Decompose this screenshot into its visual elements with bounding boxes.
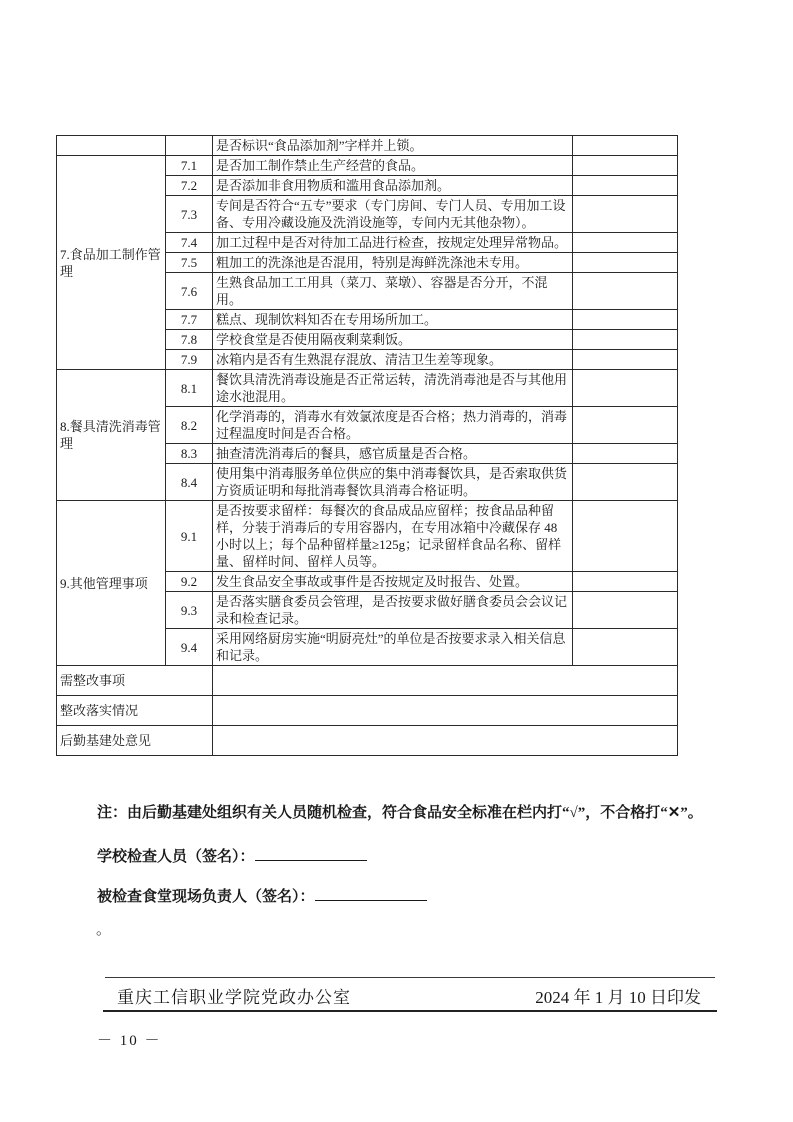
summary-row: 后勤基建处意见 bbox=[57, 726, 678, 756]
result-cell bbox=[573, 273, 678, 310]
result-cell bbox=[573, 464, 678, 501]
item-content-cell: 发生食品安全事故或事件是否按规定及时报告、处置。 bbox=[213, 572, 573, 592]
inspector-signature-label: 学校检查人员（签名）： bbox=[97, 849, 255, 865]
page-number: － 10 － bbox=[97, 1029, 162, 1050]
item-content-cell: 粗加工的洗涤池是否混用，特别是海鲜洗涤池未专用。 bbox=[213, 253, 573, 273]
result-cell bbox=[573, 370, 678, 407]
item-number-cell: 9.2 bbox=[166, 572, 213, 592]
canteen-manager-signature-line: 被检查食堂现场负责人（签名）： bbox=[97, 885, 427, 906]
signature-blank-line bbox=[315, 887, 427, 901]
inspection-checklist-table: 是否标识“食品添加剂”字样并上锁。 7.食品加工制作管理 7.1 是否加工制作禁… bbox=[56, 135, 678, 756]
result-cell bbox=[573, 310, 678, 330]
summary-label-cell: 需整改事项 bbox=[57, 666, 213, 696]
item-content-cell: 糕点、现制饮料知否在专用场所加工。 bbox=[213, 310, 573, 330]
result-cell bbox=[573, 196, 678, 233]
result-cell bbox=[573, 444, 678, 464]
result-cell bbox=[573, 136, 678, 156]
item-content-cell: 是否落实膳食委员会管理，是否按要求做好膳食委员会会议记录和检查记录。 bbox=[213, 592, 573, 629]
item-number-cell: 9.3 bbox=[166, 592, 213, 629]
item-row: 8.餐具清洗消毒管理 8.1 餐饮具清洗消毒设施是否正常运转，清洗消毒池是否与其… bbox=[57, 370, 678, 407]
category-cell-empty bbox=[57, 136, 166, 156]
item-content-cell: 是否标识“食品添加剂”字样并上锁。 bbox=[213, 136, 573, 156]
item-content-cell: 专间是否符合“五专”要求（专门房间、专门人员、专用加工设备、专用冷藏设施及洗消设… bbox=[213, 196, 573, 233]
item-number-cell: 9.4 bbox=[166, 629, 213, 666]
summary-row: 需整改事项 bbox=[57, 666, 678, 696]
summary-label-cell: 整改落实情况 bbox=[57, 696, 213, 726]
result-cell bbox=[573, 350, 678, 370]
item-content-cell: 餐饮具清洗消毒设施是否正常运转，清洗消毒池是否与其他用途水池混用。 bbox=[213, 370, 573, 407]
result-cell bbox=[573, 253, 678, 273]
stray-punctuation-mark: 。 bbox=[96, 918, 111, 939]
footer-divider-thin bbox=[105, 977, 715, 978]
item-content-cell: 是否添加非食用物质和滥用食品添加剂。 bbox=[213, 176, 573, 196]
item-number-cell: 7.3 bbox=[166, 196, 213, 233]
footer-issue-date: 2024 年 1 月 10 日印发 bbox=[535, 983, 715, 1008]
item-number-cell: 7.6 bbox=[166, 273, 213, 310]
item-content-cell: 学校食堂是否使用隔夜剩菜剩饭。 bbox=[213, 330, 573, 350]
item-number-cell: 7.8 bbox=[166, 330, 213, 350]
item-number-cell: 7.7 bbox=[166, 310, 213, 330]
item-number-cell: 7.9 bbox=[166, 350, 213, 370]
footer-divider-thick bbox=[103, 1010, 717, 1012]
item-number-cell: 8.3 bbox=[166, 444, 213, 464]
item-content-cell: 化学消毒的，消毒水有效氯浓度是否合格；热力消毒的，消毒过程温度时间是否合格。 bbox=[213, 407, 573, 444]
carryover-row: 是否标识“食品添加剂”字样并上锁。 bbox=[57, 136, 678, 156]
section-category-cell: 7.食品加工制作管理 bbox=[57, 156, 166, 370]
result-cell bbox=[573, 156, 678, 176]
result-cell bbox=[573, 629, 678, 666]
item-content-cell: 加工过程中是否对待加工品进行检查，按规定处理异常物品。 bbox=[213, 233, 573, 253]
canteen-manager-signature-label: 被检查食堂现场负责人（签名）： bbox=[97, 889, 315, 905]
result-cell bbox=[573, 330, 678, 350]
item-content-cell: 抽查清洗消毒后的餐具，感官质量是否合格。 bbox=[213, 444, 573, 464]
item-number-cell: 7.1 bbox=[166, 156, 213, 176]
inspector-signature-line: 学校检查人员（签名）： bbox=[97, 845, 367, 866]
item-content-cell: 采用网络厨房实施“明厨亮灶”的单位是否按要求录入相关信息和记录。 bbox=[213, 629, 573, 666]
summary-blank-cell bbox=[213, 666, 678, 696]
section-category-cell: 8.餐具清洗消毒管理 bbox=[57, 370, 166, 501]
item-number-cell: 7.2 bbox=[166, 176, 213, 196]
result-cell bbox=[573, 572, 678, 592]
item-number-cell: 8.4 bbox=[166, 464, 213, 501]
summary-label-cell: 后勤基建处意见 bbox=[57, 726, 213, 756]
signature-blank-line bbox=[255, 847, 367, 861]
item-number-cell: 8.2 bbox=[166, 407, 213, 444]
item-number-cell: 7.4 bbox=[166, 233, 213, 253]
result-cell bbox=[573, 176, 678, 196]
item-content-cell: 是否加工制作禁止生产经营的食品。 bbox=[213, 156, 573, 176]
item-number-cell: 9.1 bbox=[166, 501, 213, 572]
summary-blank-cell bbox=[213, 726, 678, 756]
item-content-cell: 冰箱内是否有生熟混存混放、清洁卫生差等现象。 bbox=[213, 350, 573, 370]
document-page: 是否标识“食品添加剂”字样并上锁。 7.食品加工制作管理 7.1 是否加工制作禁… bbox=[0, 0, 793, 1122]
footer-issuer: 重庆工信职业学院党政办公室 bbox=[105, 983, 351, 1008]
inspection-note: 注：由后勤基建处组织有关人员随机检查，符合食品安全标准在栏内打“√”，不合格打“… bbox=[97, 803, 727, 823]
result-cell bbox=[573, 501, 678, 572]
result-cell bbox=[573, 592, 678, 629]
item-content-cell: 使用集中消毒服务单位供应的集中消毒餐饮具，是否索取供货方资质证明和每批消毒餐饮具… bbox=[213, 464, 573, 501]
item-row: 9.其他管理事项 9.1 是否按要求留样：每餐次的食品成品应留样；按食品品种留样… bbox=[57, 501, 678, 572]
item-number-cell bbox=[166, 136, 213, 156]
item-row: 7.食品加工制作管理 7.1 是否加工制作禁止生产经营的食品。 bbox=[57, 156, 678, 176]
item-number-cell: 7.5 bbox=[166, 253, 213, 273]
item-content-cell: 生熟食品加工工用具（菜刀、菜墩）、容器是否分开，不混用。 bbox=[213, 273, 573, 310]
summary-row: 整改落实情况 bbox=[57, 696, 678, 726]
item-number-cell: 8.1 bbox=[166, 370, 213, 407]
document-footer: 重庆工信职业学院党政办公室 2024 年 1 月 10 日印发 bbox=[105, 983, 715, 1008]
item-content-cell: 是否按要求留样：每餐次的食品成品应留样；按食品品种留样，分装于消毒后的专用容器内… bbox=[213, 501, 573, 572]
result-cell bbox=[573, 233, 678, 253]
summary-blank-cell bbox=[213, 696, 678, 726]
section-category-cell: 9.其他管理事项 bbox=[57, 501, 166, 666]
result-cell bbox=[573, 407, 678, 444]
